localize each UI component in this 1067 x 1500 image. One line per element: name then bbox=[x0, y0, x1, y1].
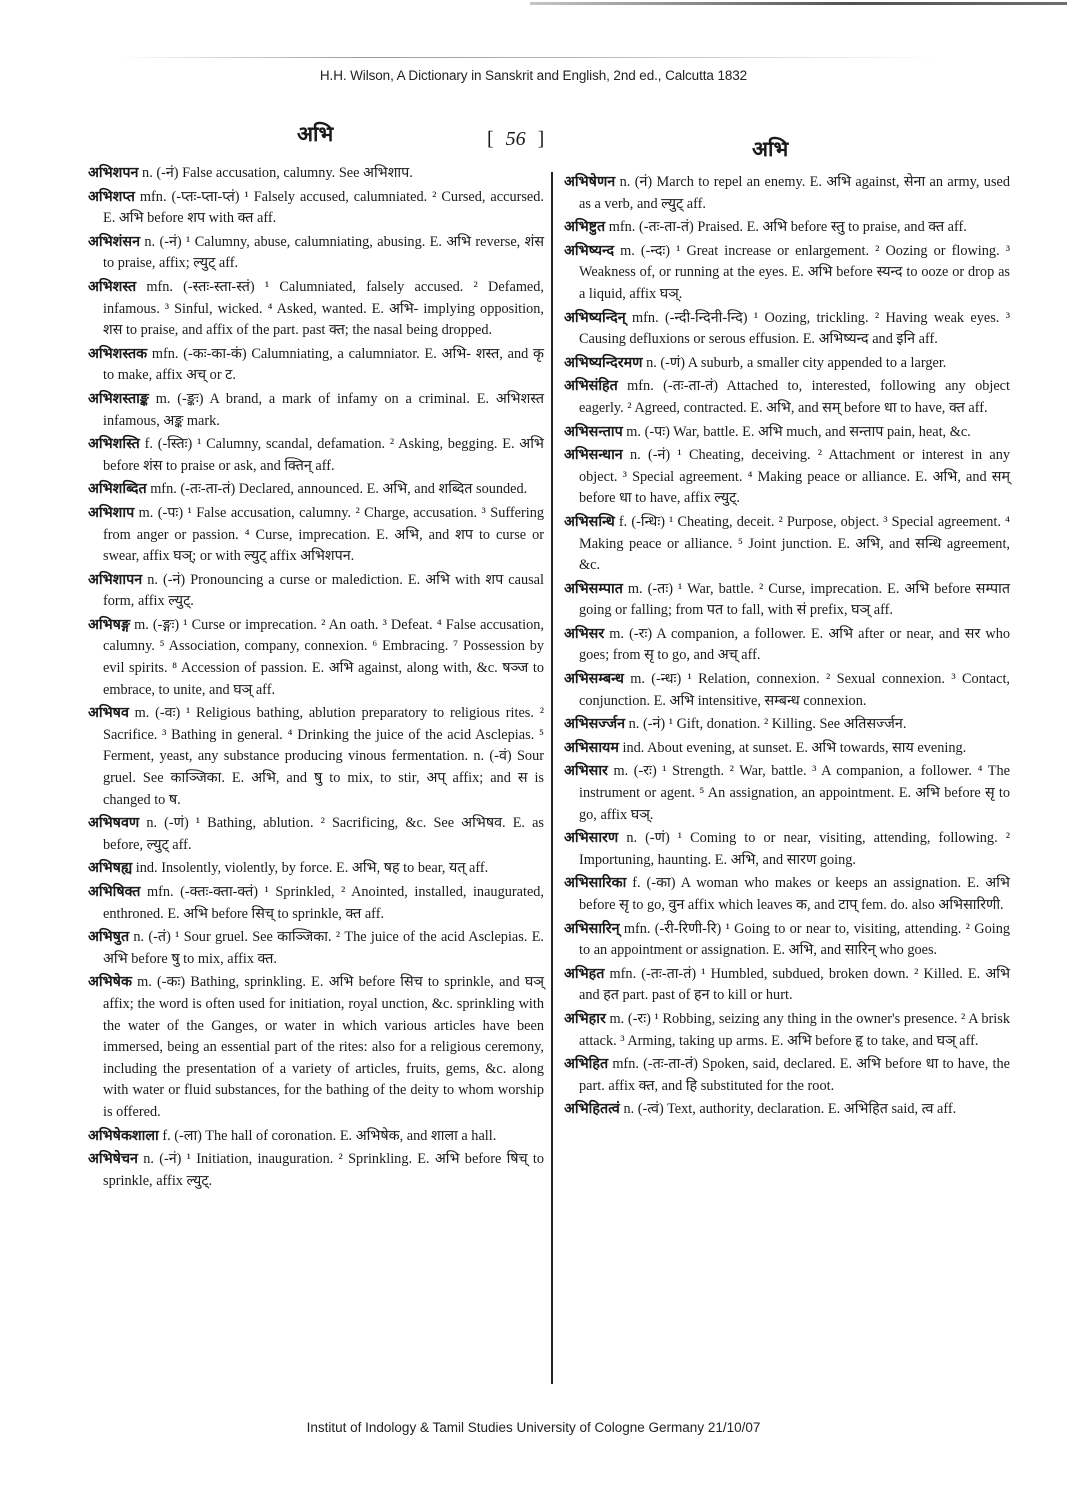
definition: m. (-पः) ¹ False accusation, calumny. ² … bbox=[103, 505, 544, 564]
dictionary-entry: अभिसायम ind. About evening, at sunset. E… bbox=[564, 738, 1010, 760]
definition: ind. Insolently, violently, by force. E.… bbox=[136, 860, 488, 876]
headword: अभिषङ्ग bbox=[88, 617, 130, 633]
headword: अभिसन्धि bbox=[564, 514, 615, 530]
headword: अभिषवण bbox=[88, 815, 139, 831]
headword: अभिषिक्त bbox=[88, 884, 140, 900]
headword: अभिसारिन् bbox=[564, 921, 620, 937]
headword: अभिहितत्वं bbox=[564, 1101, 620, 1117]
definition: mfn. (-तः-ता-तं) Attached to, interested… bbox=[579, 378, 1010, 416]
headword: अभिशापन bbox=[88, 572, 142, 588]
headword: अभिशपन bbox=[88, 165, 138, 181]
definition: n. (-णं) A suburb, a smaller city append… bbox=[646, 355, 946, 371]
definition: mfn. (-क्तः-क्ता-क्तं) ¹ Sprinkled, ² An… bbox=[103, 884, 544, 922]
definition: n. (-नं) ¹ Initiation, inauguration. ² S… bbox=[103, 1151, 544, 1189]
headword: अभिषेचन bbox=[88, 1151, 138, 1167]
dictionary-entry: अभिसम्बन्ध m. (-न्धः) ¹ Relation, connex… bbox=[564, 669, 1010, 712]
definition: n. (-त्वं) Text, authority, declaration.… bbox=[623, 1101, 956, 1117]
definition: mfn. (-तः-ता-तं) Declared, announced. E.… bbox=[150, 481, 527, 497]
definition: m. (-तः) ¹ War, battle. ² Curse, impreca… bbox=[579, 581, 1010, 619]
definition: m. (-पः) War, battle. E. अभि much, and स… bbox=[626, 424, 970, 440]
definition: m. (-न्धः) ¹ Relation, connexion. ² Sexu… bbox=[579, 671, 1010, 709]
dictionary-entry: अभिसन्धि f. (-न्धिः) ¹ Cheating, deceit.… bbox=[564, 512, 1010, 577]
headword: अभिसन्ताप bbox=[564, 424, 623, 440]
headword: अभिसायम bbox=[564, 740, 619, 756]
source-header: H.H. Wilson, A Dictionary in Sanskrit an… bbox=[0, 68, 1067, 83]
headword: अभिसंहित bbox=[564, 378, 618, 394]
dictionary-entry: अभिष्टुत mfn. (-तः-ता-तं) Praised. E. अभ… bbox=[564, 217, 1010, 239]
column-divider bbox=[551, 172, 553, 1384]
headword: अभिष्यन्द bbox=[564, 243, 614, 259]
running-head-right: अभि bbox=[752, 135, 788, 163]
definition: m. (-न्दः) ¹ Great increase or enlargeme… bbox=[579, 243, 1010, 302]
headword: अभिहित bbox=[564, 1056, 608, 1072]
headword: अभिष्यन्दिन् bbox=[564, 310, 626, 326]
footer-credit: Institut of Indology & Tamil Studies Uni… bbox=[0, 1420, 1067, 1435]
headword: अभिशप्त bbox=[88, 189, 135, 205]
scan-artifact-line bbox=[530, 2, 1067, 5]
dictionary-entry: अभिशंसन n. (-नं) ¹ Calumny, abuse, calum… bbox=[88, 232, 544, 275]
definition: n. (-णं) ¹ Coming to or near, visiting, … bbox=[579, 830, 1010, 868]
left-column: अभिशपन n. (-नं) False accusation, calumn… bbox=[88, 163, 544, 1194]
page-number: [56] bbox=[487, 128, 544, 151]
definition: mfn. (-न्दी-न्दिनी-न्दि) ¹ Oozing, trick… bbox=[579, 310, 1010, 348]
definition: n. (-नं) False accusation, calumny. See … bbox=[142, 165, 413, 181]
headword: अभिसारिका bbox=[564, 875, 626, 891]
headword: अभिहत bbox=[564, 966, 604, 982]
page-number-value: 56 bbox=[506, 128, 526, 150]
definition: n. (-नं) ¹ Cheating, deceiving. ² Attach… bbox=[579, 447, 1010, 506]
dictionary-entry: अभिसारिका f. (-का) A woman who makes or … bbox=[564, 873, 1010, 916]
headword: अभिसार bbox=[564, 763, 608, 779]
dictionary-entry: अभिशापन n. (-नं) Pronouncing a curse or … bbox=[88, 570, 544, 613]
definition: f. (-ला) The hall of coronation. E. अभिष… bbox=[162, 1128, 496, 1144]
dictionary-entry: अभिषङ्ग m. (-ङ्गः) ¹ Curse or imprecatio… bbox=[88, 615, 544, 701]
definition: mfn. (-कः-का-कं) Calumniating, a calumni… bbox=[103, 346, 544, 384]
dictionary-entry: अभिषवण n. (-णं) ¹ Bathing, ablution. ² S… bbox=[88, 813, 544, 856]
headword: अभिषव bbox=[88, 705, 129, 721]
definition: mfn. (-तः-ता-तं) Spoken, said, declared.… bbox=[579, 1056, 1010, 1094]
dictionary-entry: अभिशस्तक mfn. (-कः-का-कं) Calumniating, … bbox=[88, 344, 544, 387]
definition: m. (-ङ्गः) ¹ Curse or imprecation. ² An … bbox=[103, 617, 544, 698]
definition: m. (-रः) ¹ Strength. ² War, battle. ³ A … bbox=[579, 763, 1010, 822]
headword: अभिशाप bbox=[88, 505, 134, 521]
definition: m. (-रः) ¹ Robbing, seizing any thing in… bbox=[579, 1011, 1010, 1049]
dictionary-entry: अभिशस्त mfn. (-स्तः-स्ता-स्तं) ¹ Calumni… bbox=[88, 277, 544, 342]
definition: n. (-नं) ¹ Gift, donation. ² Killing. Se… bbox=[629, 716, 907, 732]
dictionary-entry: अभिषेणन n. (नं) March to repel an enemy.… bbox=[564, 172, 1010, 215]
definition: mfn. (-तः-ता-तं) Praised. E. अभि before … bbox=[609, 219, 967, 235]
dictionary-entry: अभिसर m. (-रः) A companion, a follower. … bbox=[564, 624, 1010, 667]
headword: अभिसर्ज्जन bbox=[564, 716, 625, 732]
definition: m. (-रः) A companion, a follower. E. अभि… bbox=[579, 626, 1010, 664]
dictionary-entry: अभिष्यन्दिरमण n. (-णं) A suburb, a small… bbox=[564, 353, 1010, 375]
dictionary-entry: अभिषिक्त mfn. (-क्तः-क्ता-क्तं) ¹ Sprink… bbox=[88, 882, 544, 925]
headword: अभिशंसन bbox=[88, 234, 140, 250]
definition: mfn. (-प्तः-प्ता-प्तं) ¹ Falsely accused… bbox=[103, 189, 544, 227]
dictionary-entry: अभिहित mfn. (-तः-ता-तं) Spoken, said, de… bbox=[564, 1054, 1010, 1097]
dictionary-entry: अभिषेकशाला f. (-ला) The hall of coronati… bbox=[88, 1126, 544, 1148]
definition: m. (-वः) ¹ Religious bathing, ablution p… bbox=[103, 705, 544, 807]
headword: अभिषेकशाला bbox=[88, 1128, 159, 1144]
scan-artifact-line bbox=[120, 57, 940, 58]
dictionary-entry: अभिसारिन् mfn. (-री-रिणी-रि) ¹ Going to … bbox=[564, 919, 1010, 962]
headword: अभिसारण bbox=[564, 830, 618, 846]
definition: m. (-ङ्कः) A brand, a mark of infamy on … bbox=[103, 391, 544, 429]
headword: अभिष्टुत bbox=[564, 219, 605, 235]
definition: mfn. (-री-रिणी-रि) ¹ Going to or near to… bbox=[579, 921, 1010, 959]
dictionary-entry: अभिहार m. (-रः) ¹ Robbing, seizing any t… bbox=[564, 1009, 1010, 1052]
definition: n. (-णं) ¹ Bathing, ablution. ² Sacrific… bbox=[103, 815, 544, 853]
dictionary-entry: अभिषव m. (-वः) ¹ Religious bathing, ablu… bbox=[88, 703, 544, 811]
definition: mfn. (-स्तः-स्ता-स्तं) ¹ Calumniated, fa… bbox=[103, 279, 544, 338]
dictionary-entry: अभिसंहित mfn. (-तः-ता-तं) Attached to, i… bbox=[564, 376, 1010, 419]
dictionary-entry: अभिसन्ताप m. (-पः) War, battle. E. अभि m… bbox=[564, 422, 1010, 444]
headword: अभिशस्त bbox=[88, 279, 136, 295]
headword: अभिशस्ति bbox=[88, 436, 140, 452]
dictionary-entry: अभिहत mfn. (-तः-ता-तं) ¹ Humbled, subdue… bbox=[564, 964, 1010, 1007]
dictionary-entry: अभिशपन n. (-नं) False accusation, calumn… bbox=[88, 163, 544, 185]
definition: n. (-नं) Pronouncing a curse or maledict… bbox=[103, 572, 544, 610]
headword: अभिसम्बन्ध bbox=[564, 671, 624, 687]
dictionary-entry: अभिष्यन्द m. (-न्दः) ¹ Great increase or… bbox=[564, 241, 1010, 306]
definition: m. (-कः) Bathing, sprinkling. E. अभि bef… bbox=[103, 974, 544, 1120]
headword: अभिशब्दित bbox=[88, 481, 147, 497]
running-head-left: अभि bbox=[297, 120, 333, 148]
dictionary-entry: अभिशप्त mfn. (-प्तः-प्ता-प्तं) ¹ Falsely… bbox=[88, 187, 544, 230]
dictionary-entry: अभिसम्पात m. (-तः) ¹ War, battle. ² Curs… bbox=[564, 579, 1010, 622]
dictionary-entry: अभिशस्ताङ्क m. (-ङ्कः) A brand, a mark o… bbox=[88, 389, 544, 432]
definition: mfn. (-तः-ता-तं) ¹ Humbled, subdued, bro… bbox=[579, 966, 1010, 1004]
dictionary-entry: अभिहितत्वं n. (-त्वं) Text, authority, d… bbox=[564, 1099, 1010, 1121]
dictionary-entry: अभिषह्य ind. Insolently, violently, by f… bbox=[88, 858, 544, 880]
definition: n. (-तं) ¹ Sour gruel. See काञ्जिका. ² T… bbox=[103, 929, 544, 967]
definition: n. (-नं) ¹ Calumny, abuse, calumniating,… bbox=[103, 234, 544, 272]
headword: अभिसम्पात bbox=[564, 581, 623, 597]
headword: अभिसन्धान bbox=[564, 447, 623, 463]
headword: अभिसर bbox=[564, 626, 604, 642]
headword: अभिषेक bbox=[88, 974, 132, 990]
headword: अभिषेणन bbox=[564, 174, 615, 190]
dictionary-entry: अभिषुत n. (-तं) ¹ Sour gruel. See काञ्जि… bbox=[88, 927, 544, 970]
dictionary-entry: अभिसन्धान n. (-नं) ¹ Cheating, deceiving… bbox=[564, 445, 1010, 510]
headword: अभिशस्ताङ्क bbox=[88, 391, 149, 407]
headword: अभिषुत bbox=[88, 929, 129, 945]
dictionary-entry: अभिसार m. (-रः) ¹ Strength. ² War, battl… bbox=[564, 761, 1010, 826]
headword: अभिष्यन्दिरमण bbox=[564, 355, 643, 371]
definition: f. (-का) A woman who makes or keeps an a… bbox=[579, 875, 1010, 913]
definition: ind. About evening, at sunset. E. अभि to… bbox=[622, 740, 966, 756]
dictionary-entry: अभिशस्ति f. (-स्तिः) ¹ Calumny, scandal,… bbox=[88, 434, 544, 477]
headword: अभिहार bbox=[564, 1011, 606, 1027]
dictionary-entry: अभिषेक m. (-कः) Bathing, sprinkling. E. … bbox=[88, 972, 544, 1123]
headword: अभिशस्तक bbox=[88, 346, 147, 362]
right-column: अभिषेणन n. (नं) March to repel an enemy.… bbox=[564, 172, 1010, 1123]
dictionary-entry: अभिशब्दित mfn. (-तः-ता-तं) Declared, ann… bbox=[88, 479, 544, 501]
definition: f. (-स्तिः) ¹ Calumny, scandal, defamati… bbox=[103, 436, 544, 474]
definition: f. (-न्धिः) ¹ Cheating, deceit. ² Purpos… bbox=[579, 514, 1010, 573]
dictionary-entry: अभिशाप m. (-पः) ¹ False accusation, calu… bbox=[88, 503, 544, 568]
dictionary-entry: अभिष्यन्दिन् mfn. (-न्दी-न्दिनी-न्दि) ¹ … bbox=[564, 308, 1010, 351]
headword: अभिषह्य bbox=[88, 860, 132, 876]
definition: n. (नं) March to repel an enemy. E. अभि … bbox=[579, 174, 1010, 212]
dictionary-entry: अभिषेचन n. (-नं) ¹ Initiation, inaugurat… bbox=[88, 1149, 544, 1192]
dictionary-entry: अभिसारण n. (-णं) ¹ Coming to or near, vi… bbox=[564, 828, 1010, 871]
dictionary-entry: अभिसर्ज्जन n. (-नं) ¹ Gift, donation. ² … bbox=[564, 714, 1010, 736]
